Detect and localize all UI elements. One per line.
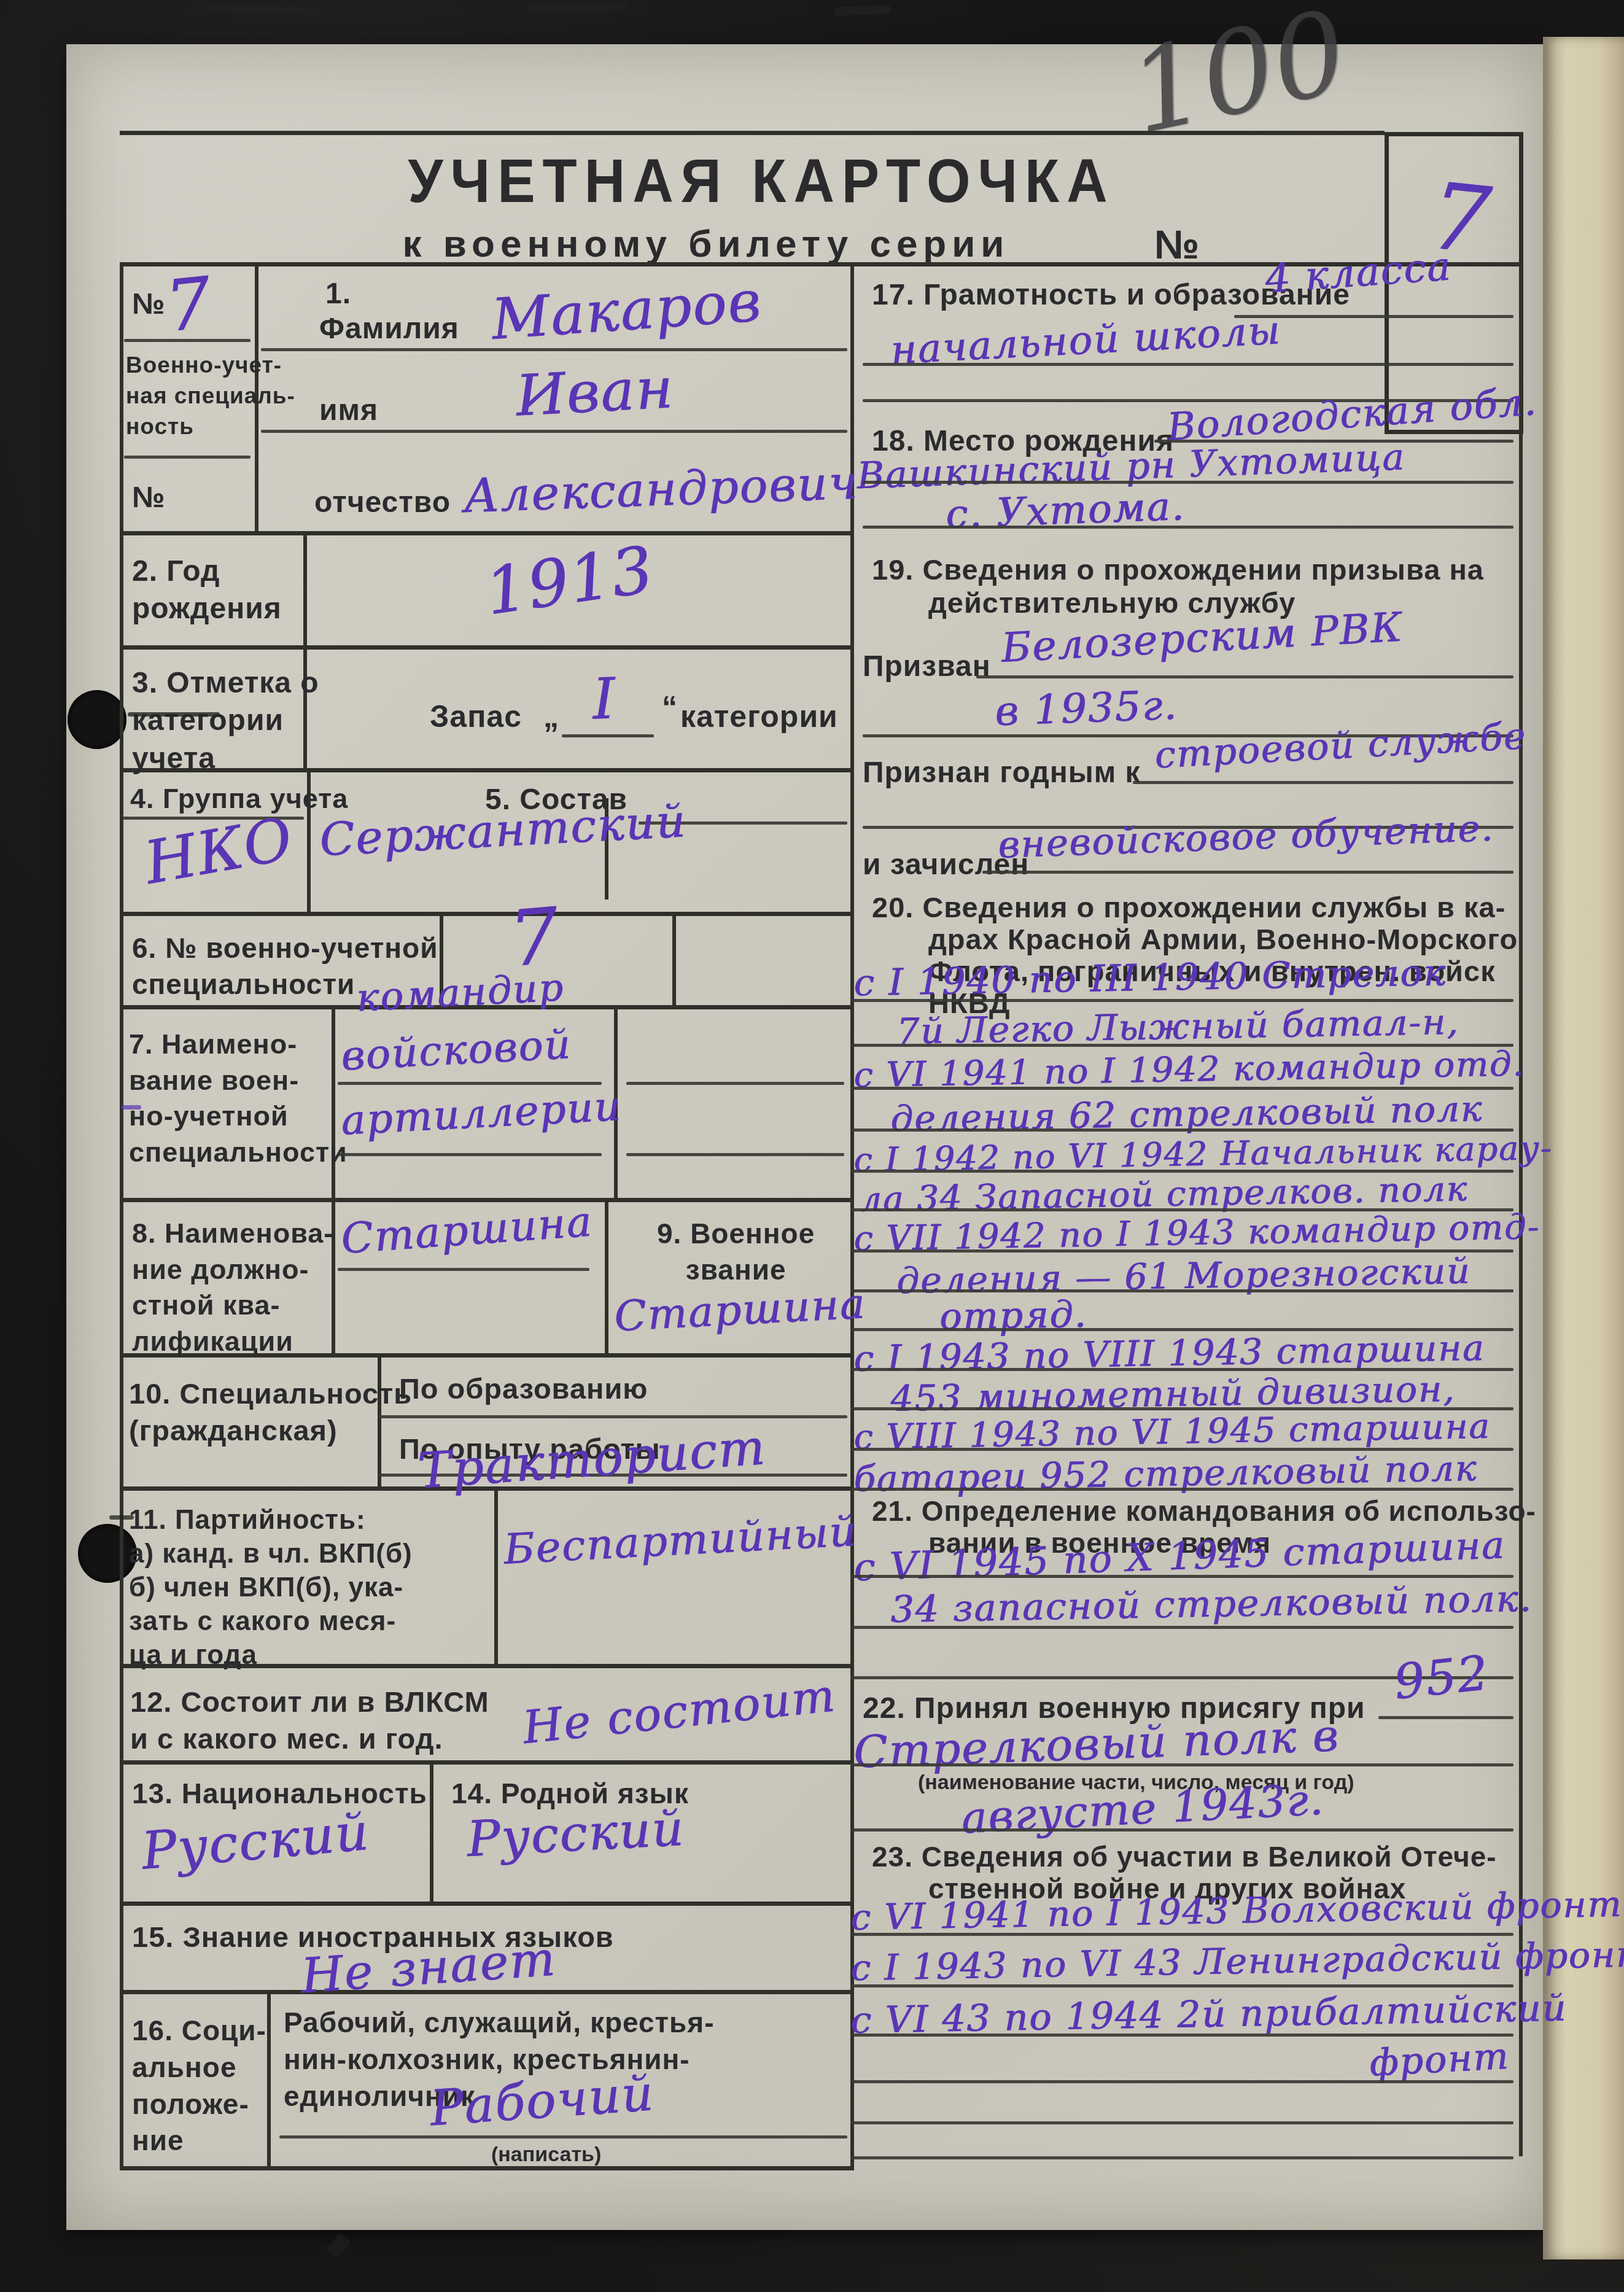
field19-label-line1: 19. Сведения о прохождении призыва на (872, 551, 1484, 588)
rule (850, 1626, 1513, 1629)
field1-number: 1. (325, 275, 351, 313)
field4-label: 4. Группа учета (130, 781, 348, 817)
rule (982, 871, 1513, 874)
card-subtitle: к военному билету серии (344, 220, 1068, 268)
bullet-mark (122, 1105, 141, 1109)
row-border (120, 645, 850, 650)
rule (850, 1488, 1513, 1491)
table-column-divider (850, 262, 854, 2170)
rule (863, 481, 1513, 484)
rule (378, 1415, 847, 1418)
field23-label-line1: 23. Сведения об участии в Великой Отече- (872, 1839, 1497, 1875)
field3-close-quote: “ (662, 688, 678, 727)
table-border-bottom (120, 2166, 854, 2170)
field13-label: 13. Национальность (132, 1776, 427, 1812)
card-edge-strip (1543, 37, 1624, 2259)
field18-value-line3: с. Ухтома. (945, 484, 1186, 538)
rule (850, 1933, 1513, 1936)
field14-value: Русский (465, 1800, 686, 1868)
field19-prizvan-label: Призван (863, 648, 991, 685)
punch-hole (68, 690, 126, 749)
row-border (120, 1198, 850, 1202)
rule (863, 526, 1513, 529)
field12-label: 12. Состоит ли в ВЛКСМ и с какого мес. и… (130, 1684, 489, 1757)
header-rule (120, 131, 1385, 135)
rule (850, 1984, 1513, 1987)
field8-label: 8. Наименова- ние должно- стной ква- лиф… (132, 1216, 333, 1359)
row-border (120, 912, 850, 916)
rule (850, 1289, 1513, 1292)
smudge (528, 4, 626, 11)
reg-no-value: 7 (161, 262, 216, 348)
field10-edu-label: По образованию (399, 1370, 648, 1407)
row-border (120, 531, 850, 535)
reg-no-label: № (132, 286, 166, 323)
rule (850, 2121, 1513, 2124)
field1-name-label: имя (319, 392, 378, 429)
field7-label: 7. Наимено- вание воен- но-учетной специ… (129, 1027, 348, 1170)
cell-divider (430, 1760, 433, 1902)
rule (1133, 781, 1513, 784)
rule (338, 1268, 589, 1271)
field1-patronymic-label: отчество (314, 484, 451, 521)
reg-no2-label: № (132, 479, 166, 516)
field3-open-quote: „ (543, 697, 559, 736)
cell-divider (267, 1990, 271, 2166)
rule (261, 348, 847, 351)
cell-divider (605, 1198, 608, 1353)
table-border-left (120, 262, 123, 2170)
field22-value-part: 952 (1391, 1645, 1491, 1711)
rule (124, 339, 251, 342)
field10-label: 10. Специальность (гражданская) (129, 1375, 412, 1449)
registration-card-scan: 100 7 УЧЕТНАЯ КАРТОЧКА к военному билету… (0, 0, 1624, 2292)
field16-label: 16. Соци- альное положе- ние (132, 2013, 266, 2159)
strike-mark (128, 712, 220, 717)
dash-mark (109, 1515, 134, 1520)
field2-label: 2. Год рождения (132, 553, 282, 628)
rule (279, 2135, 847, 2139)
rule (850, 1763, 1513, 1766)
field20-entry: отряд. (939, 1293, 1087, 1338)
field3-label: 3. Отметка о категории учета (132, 664, 319, 777)
rule (863, 363, 1513, 366)
card-title: УЧЕТНАЯ КАРТОЧКА (258, 143, 1265, 221)
field19-prizvan-value2: в 1935г. (994, 682, 1178, 735)
field9-label: 9. Военное звание (657, 1216, 815, 1288)
field23-entry: фронт (1368, 2035, 1510, 2085)
rule (261, 430, 847, 433)
cell-divider (672, 912, 676, 1005)
rule (338, 1082, 602, 1085)
rule (850, 1828, 1513, 1832)
cell-divider (494, 1486, 498, 1664)
rule (850, 2034, 1513, 2037)
rule (850, 1575, 1513, 1578)
rule (976, 675, 1513, 678)
rule (850, 2156, 1513, 2159)
rule (338, 1153, 602, 1156)
punch-hole (78, 1524, 137, 1583)
field3-category-label: категории (680, 697, 838, 736)
rule (562, 734, 654, 737)
rule (1378, 1716, 1513, 1719)
field21-label-line1: 21. Определение командования об использо… (872, 1493, 1536, 1529)
row-border (120, 1760, 850, 1765)
field19-godn-label: Признан годным к (863, 754, 1141, 791)
field3-zapas-label: Запас (430, 697, 522, 736)
field16-hint: (написать) (491, 2143, 601, 2167)
rule (626, 1082, 844, 1085)
rule (124, 456, 251, 459)
field3-category-value: I (591, 666, 617, 732)
field11-label: 11. Партийность: а) канд. в чл. ВКП(б) б… (129, 1503, 413, 1672)
rule (626, 1153, 844, 1156)
row-border (120, 1902, 850, 1906)
reg-vus-label: Военно-учет- ная специаль- ность (126, 350, 295, 442)
field1-surname-label: Фамилия (319, 310, 459, 348)
field1-name-value: Иван (514, 355, 675, 429)
rule (850, 2080, 1513, 2083)
